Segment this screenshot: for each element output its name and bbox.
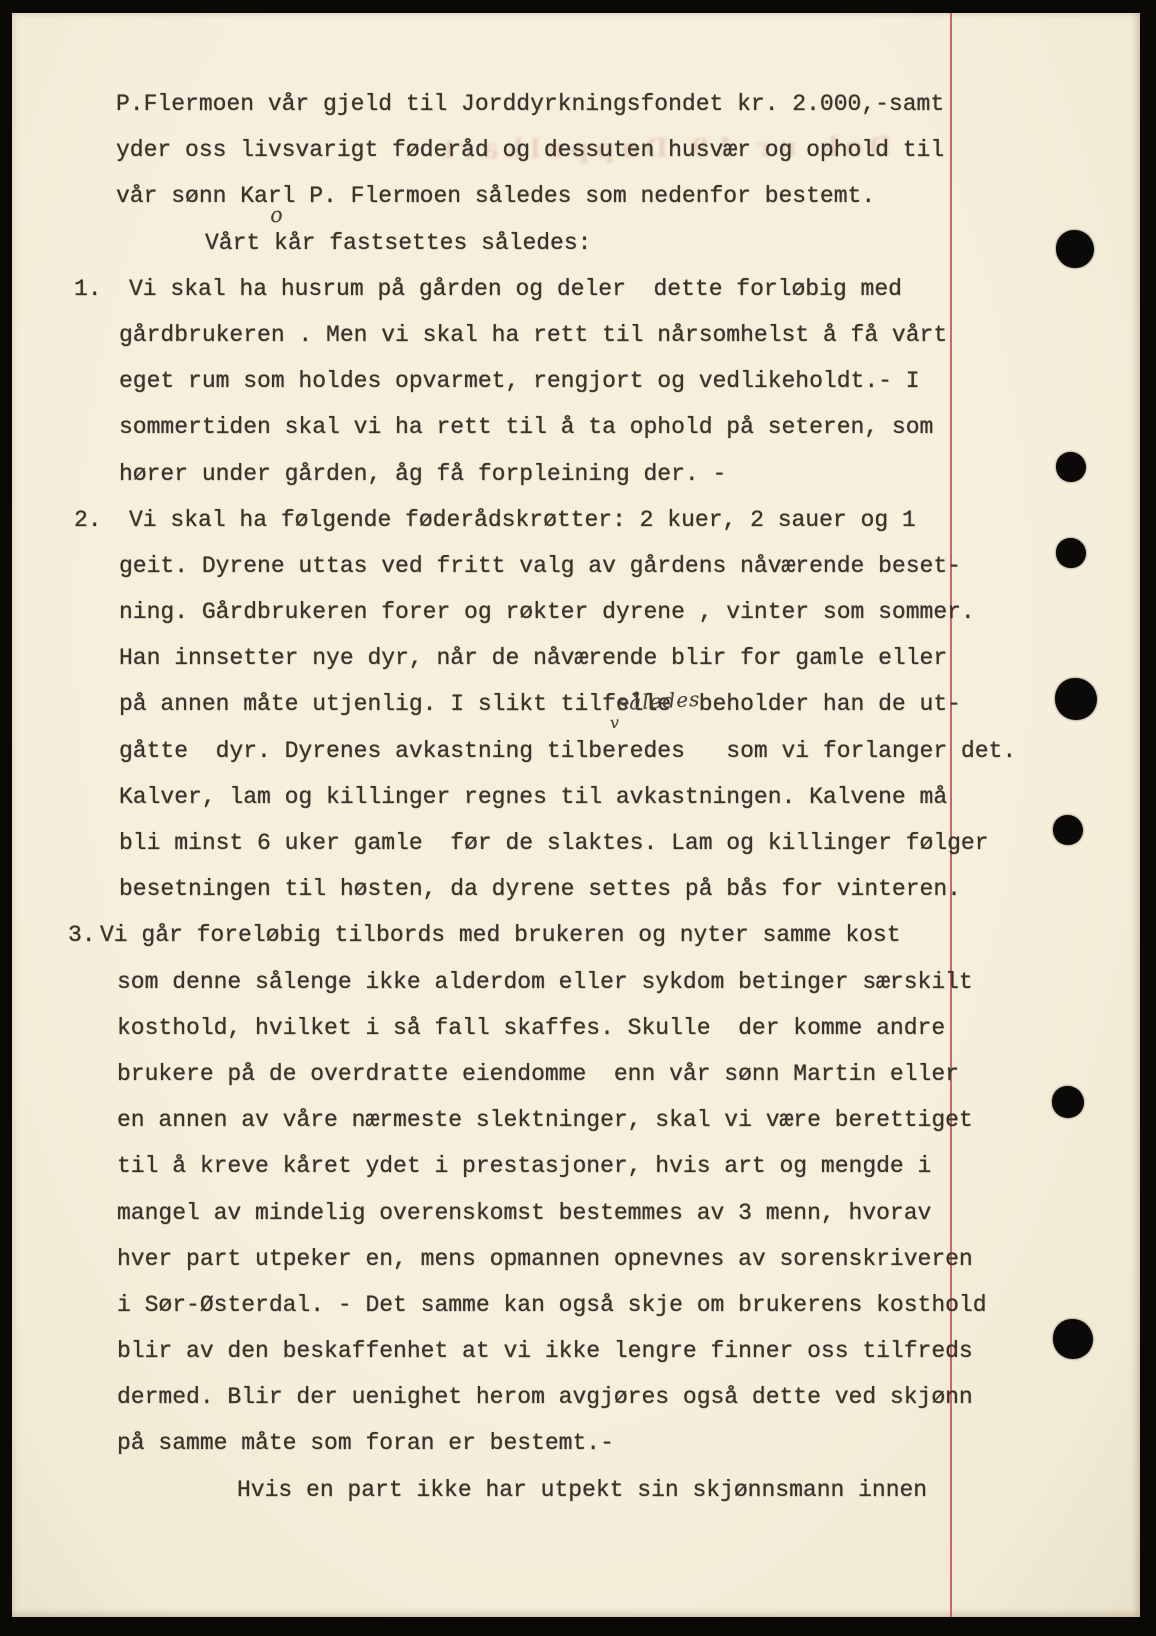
text-line: som denne sålenge ikke alderdom eller sy… bbox=[12, 959, 1140, 1005]
handwritten-o-annotation: o bbox=[269, 202, 284, 227]
text-line: bli minst 6 uker gamle før de slaktes. L… bbox=[12, 820, 1140, 866]
text-line: yder oss livsvarigt føderåd og dessuten … bbox=[12, 127, 1140, 173]
text-line: hører under gården, åg få forpleining de… bbox=[12, 451, 1140, 497]
line-text: mangel av mindelig overenskomst bestemme… bbox=[12, 1190, 931, 1236]
line-text: eget rum som holdes opvarmet, rengjort o… bbox=[12, 358, 920, 404]
item-number: 3. bbox=[68, 912, 96, 958]
line-text: Vårt kår fastsettes således: bbox=[12, 220, 591, 266]
line-text: Hvis en part ikke har utpekt sin skjønns… bbox=[12, 1467, 927, 1513]
line-text: til å kreve kåret ydet i prestasjoner, h… bbox=[12, 1143, 931, 1189]
line-text: dermed. Blir der uenighet herom avgjøres… bbox=[12, 1374, 973, 1420]
line-text: ning. Gårdbrukeren forer og røkter dyren… bbox=[12, 589, 975, 635]
text-line: Kalver, lam og killinger regnes til avka… bbox=[12, 774, 1140, 820]
text-line: dermed. Blir der uenighet herom avgjøres… bbox=[12, 1374, 1140, 1420]
scanned-archive-screenshot: { "page": { "background_color": "#0b0906… bbox=[0, 0, 1156, 1636]
line-text: en annen av våre nærmeste slektninger, s… bbox=[12, 1097, 973, 1143]
text-line: på samme måte som foran er bestemt.- bbox=[12, 1420, 1140, 1466]
punch-hole bbox=[1053, 1319, 1093, 1359]
line-text: Vi går foreløbig tilbords med brukeren o… bbox=[12, 912, 901, 958]
text-line: en annen av våre nærmeste slektninger, s… bbox=[12, 1097, 1140, 1143]
line-text: gåtte dyr. Dyrenes avkastning tilberedes… bbox=[12, 728, 1016, 774]
text-line: 2.Vi skal ha følgende føderådskrøtter: 2… bbox=[12, 497, 1140, 543]
punch-hole bbox=[1055, 678, 1097, 720]
text-line: geit. Dyrene uttas ved fritt valg av går… bbox=[12, 543, 1140, 589]
line-text: på annen måte utjenlig. I slikt tilfelle… bbox=[12, 681, 961, 727]
handwritten-saaledes-annotation: således bbox=[617, 687, 700, 715]
line-text: gårdbrukeren . Men vi skal ha rett til n… bbox=[12, 312, 947, 358]
text-line: 1.Vi skal ha husrum på gården og deler d… bbox=[12, 266, 1140, 312]
line-text: brukere på de overdratte eiendomme enn v… bbox=[12, 1051, 959, 1097]
punch-hole bbox=[1052, 1086, 1084, 1118]
line-text: yder oss livsvarigt føderåd og dessuten … bbox=[12, 127, 944, 173]
text-line: ning. Gårdbrukeren forer og røkter dyren… bbox=[12, 589, 1140, 635]
line-text: som denne sålenge ikke alderdom eller sy… bbox=[12, 959, 973, 1005]
item-number: 1. bbox=[74, 266, 102, 312]
line-text: kosthold, hvilket i så fall skaffes. Sku… bbox=[12, 1005, 945, 1051]
text-line: vår sønn Karl P. Flermoen således som ne… bbox=[12, 173, 1140, 219]
line-text: sommertiden skal vi ha rett til å ta oph… bbox=[12, 404, 933, 450]
line-text: blir av den beskaffenhet at vi ikke leng… bbox=[12, 1328, 973, 1374]
line-text: Vi skal ha husrum på gården og deler det… bbox=[12, 266, 902, 312]
text-line: gåtte dyr. Dyrenes avkastning tilberedes… bbox=[12, 728, 1140, 774]
document-page: Dok nr 19 Doppelkart P.Flermoen vår gjel… bbox=[12, 13, 1140, 1617]
text-line: sommertiden skal vi ha rett til å ta oph… bbox=[12, 404, 1140, 450]
text-line: kosthold, hvilket i så fall skaffes. Sku… bbox=[12, 1005, 1140, 1051]
text-line: P.Flermoen vår gjeld til Jorddyrkningsfo… bbox=[12, 81, 1140, 127]
line-text: hver part utpeker en, mens opmannen opne… bbox=[12, 1236, 973, 1282]
text-line: besetningen til høsten, da dyrene settes… bbox=[12, 866, 1140, 912]
text-line: gårdbrukeren . Men vi skal ha rett til n… bbox=[12, 312, 1140, 358]
text-line: Vårt kår fastsettes således: bbox=[12, 220, 1140, 266]
text-line: mangel av mindelig overenskomst bestemme… bbox=[12, 1190, 1140, 1236]
text-line: Han innsetter nye dyr, når de nåværende … bbox=[12, 635, 1140, 681]
line-text: geit. Dyrene uttas ved fritt valg av går… bbox=[12, 543, 961, 589]
line-text: Kalver, lam og killinger regnes til avka… bbox=[12, 774, 947, 820]
line-text: P.Flermoen vår gjeld til Jorddyrkningsfo… bbox=[12, 81, 944, 127]
text-line: brukere på de overdratte eiendomme enn v… bbox=[12, 1051, 1140, 1097]
line-text: hører under gården, åg få forpleining de… bbox=[12, 451, 726, 497]
line-text: i Sør-Østerdal. - Det samme kan også skj… bbox=[12, 1282, 987, 1328]
punch-hole bbox=[1053, 815, 1083, 845]
punch-hole bbox=[1056, 538, 1086, 568]
text-line: eget rum som holdes opvarmet, rengjort o… bbox=[12, 358, 1140, 404]
text-line: Hvis en part ikke har utpekt sin skjønns… bbox=[12, 1467, 1140, 1513]
line-text: på samme måte som foran er bestemt.- bbox=[12, 1420, 614, 1466]
text-line: på annen måte utjenlig. I slikt tilfelle… bbox=[12, 681, 1140, 727]
punch-hole bbox=[1056, 230, 1094, 268]
text-line: til å kreve kåret ydet i prestasjoner, h… bbox=[12, 1143, 1140, 1189]
line-text: besetningen til høsten, da dyrene settes… bbox=[12, 866, 961, 912]
line-text: bli minst 6 uker gamle før de slaktes. L… bbox=[12, 820, 989, 866]
item-number: 2. bbox=[74, 497, 102, 543]
text-line: blir av den beskaffenhet at vi ikke leng… bbox=[12, 1328, 1140, 1374]
text-block: P.Flermoen vår gjeld til Jorddyrkningsfo… bbox=[12, 81, 1140, 1513]
insertion-caret-mark: v bbox=[609, 713, 619, 733]
line-text: Vi skal ha følgende føderådskrøtter: 2 k… bbox=[12, 497, 916, 543]
punch-hole bbox=[1056, 452, 1086, 482]
text-line: hver part utpeker en, mens opmannen opne… bbox=[12, 1236, 1140, 1282]
text-line: 3.Vi går foreløbig tilbords med brukeren… bbox=[12, 912, 1140, 958]
line-text: Han innsetter nye dyr, når de nåværende … bbox=[12, 635, 947, 681]
line-text: vår sønn Karl P. Flermoen således som ne… bbox=[12, 173, 875, 219]
text-line: i Sør-Østerdal. - Det samme kan også skj… bbox=[12, 1282, 1140, 1328]
